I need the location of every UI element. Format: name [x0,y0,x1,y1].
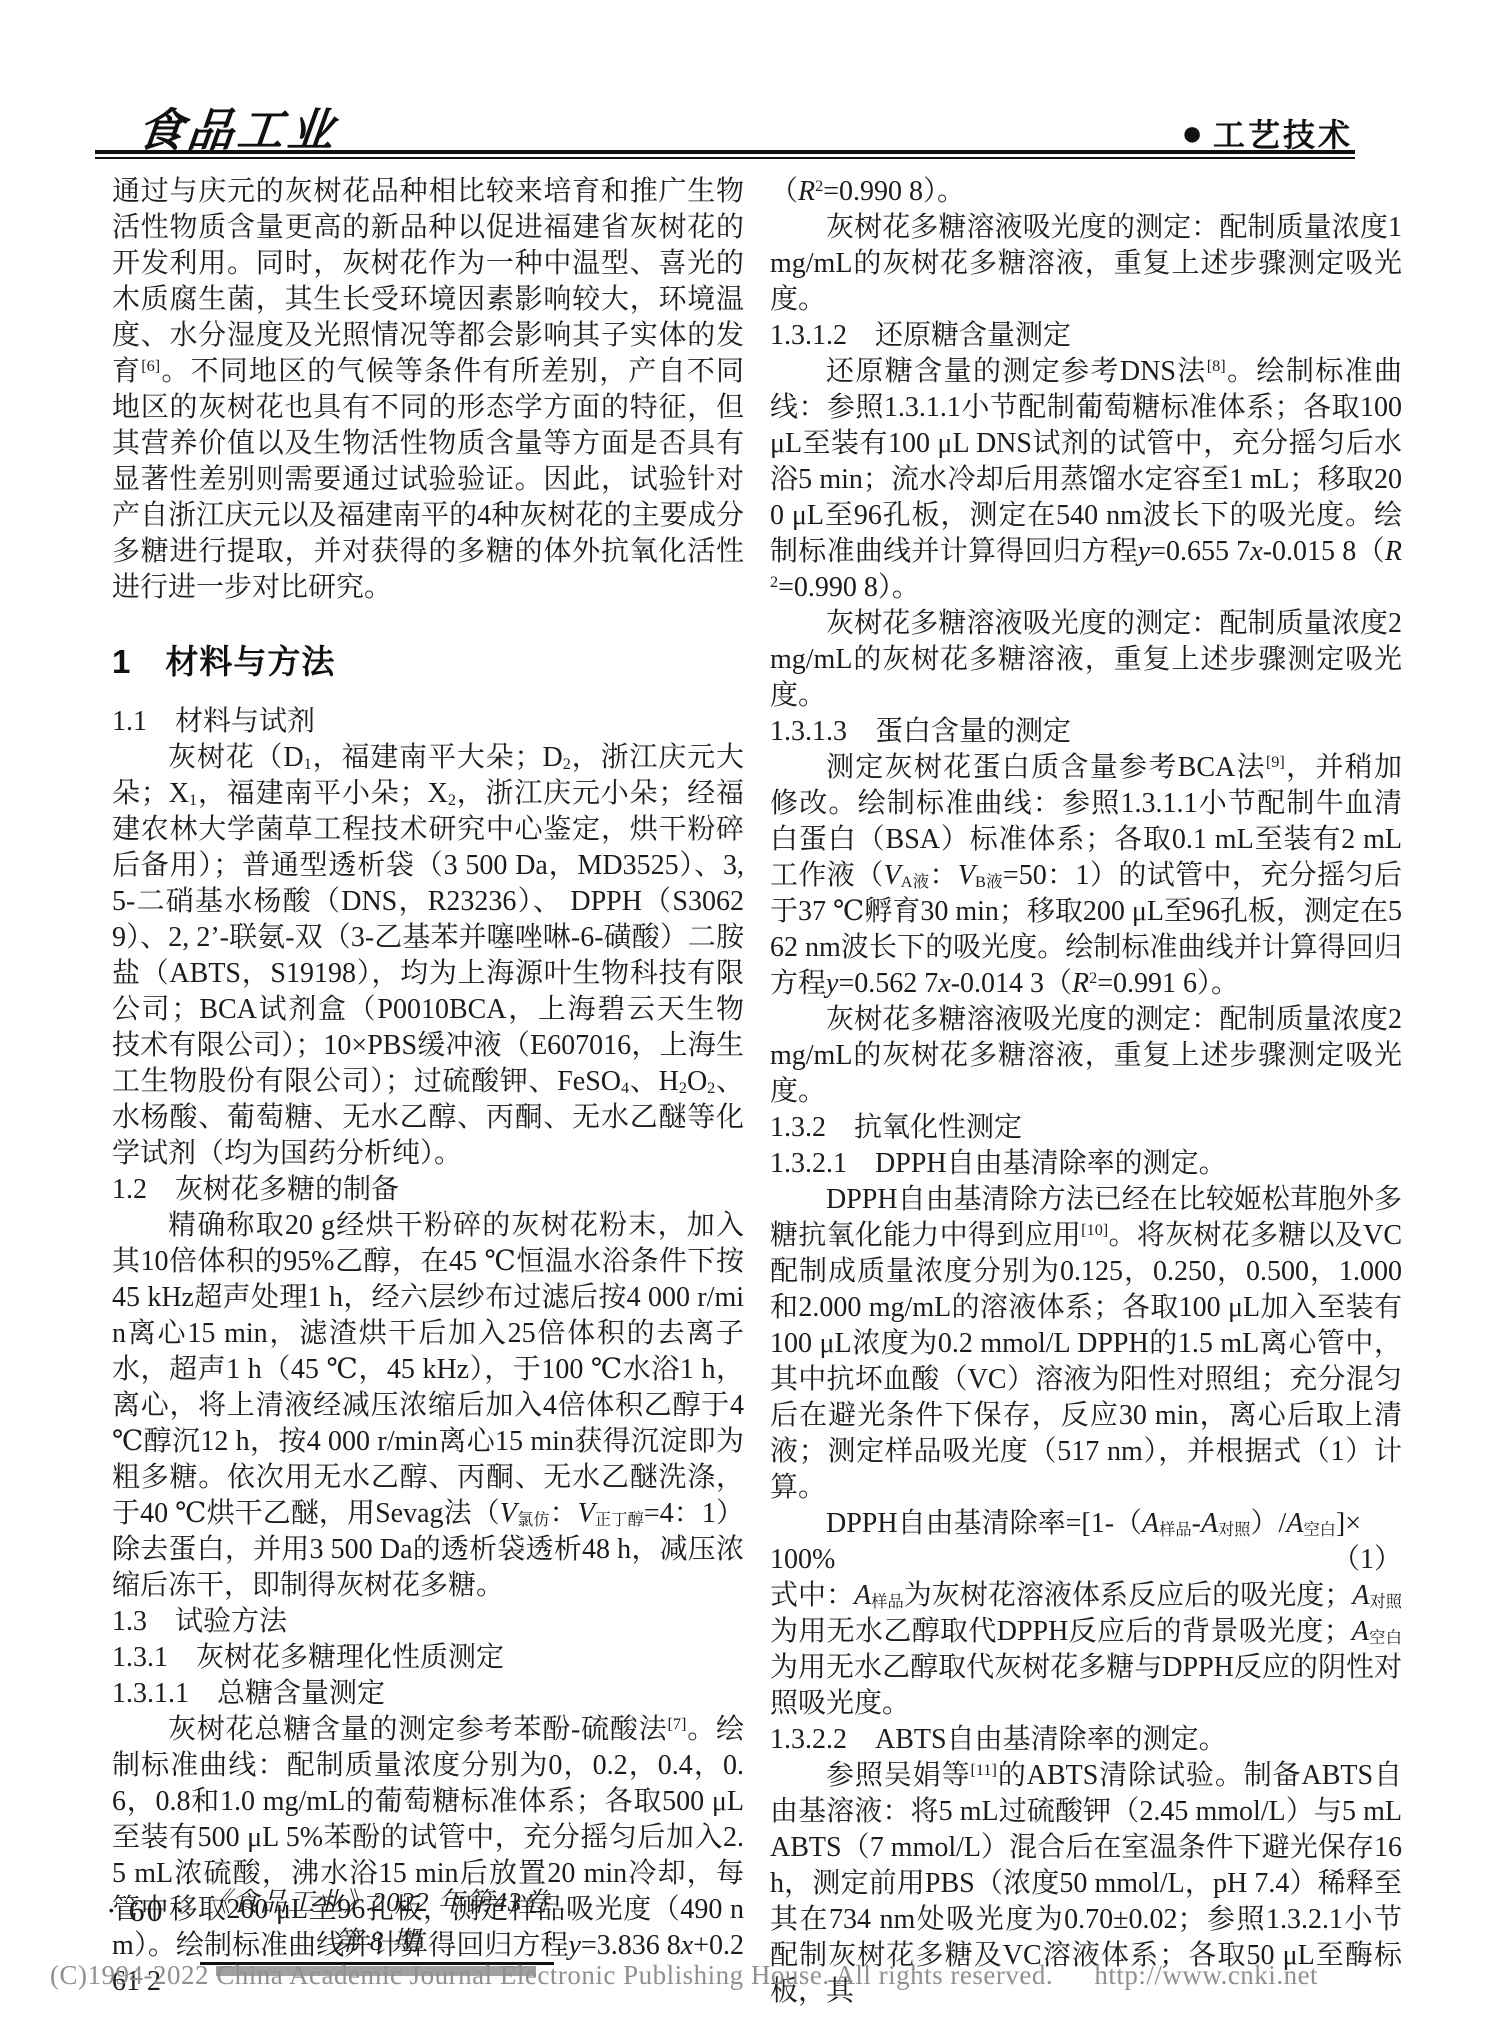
copyright-notice: (C)1994-2022 China Academic Journal Elec… [50,1960,1450,1991]
subsection-heading: 1.3.2.1 DPPH自由基清除率的测定。 [770,1146,1402,1182]
copyright-url: http://www.cnki.net [1094,1960,1318,1990]
journal-citation: 《食品工业》2022 年第43卷第 8 期 [200,1880,554,1962]
subsection-heading: 1.3.1.2 还原糖含量测定 [770,318,1402,354]
subsection-heading: 1.3.1.1 总糖含量测定 [112,1676,744,1712]
equation-line: DPPH自由基清除率=[1-（A样品-A对照）/A空白]× [770,1506,1402,1542]
bullet-icon: ● [1181,112,1203,154]
paragraph: 灰树花多糖溶液吸光度的测定：配制质量浓度2 mg/mL的灰树花多糖溶液，重复上述… [770,1002,1402,1110]
equation-tail: 100% [770,1542,835,1578]
subsection-heading: 1.1 材料与试剂 [112,704,744,740]
paragraph: 灰树花多糖溶液吸光度的测定：配制质量浓度1 mg/mL的灰树花多糖溶液，重复上述… [770,210,1402,318]
paragraph: 精确称取20 g经烘干粉碎的灰树花粉末，加入其10倍体积的95%乙醇，在45 ℃… [112,1208,744,1604]
paragraph: 还原糖含量的测定参考DNS法[8]。绘制标准曲线：参照1.3.1.1小节配制葡萄… [770,354,1402,606]
journal-page: 食品工业 ● 工艺技术 通过与庆元的灰树花品种相比较来培育和推广生物活性物质含量… [0,0,1500,2036]
page-number: · 60 · [106,1892,187,1929]
subsection-heading: 1.3.1.3 蛋白含量的测定 [770,714,1402,750]
subsection-heading: 1.2 灰树花多糖的制备 [112,1172,744,1208]
subsection-heading: 1.3.1 灰树花多糖理化性质测定 [112,1640,744,1676]
header-rule [95,150,1355,159]
column-left: 通过与庆元的灰树花品种相比较来培育和推广生物活性物质含量更高的新品种以促进福建省… [112,174,744,2000]
subsection-heading: 1.3.2 抗氧化性测定 [770,1110,1402,1146]
paragraph: 测定灰树花蛋白质含量参考BCA法[9]，并稍加修改。绘制标准曲线：参照1.3.1… [770,750,1402,1002]
subsection-heading: 1.3 试验方法 [112,1604,744,1640]
section-heading: 1 材料与方法 [112,642,744,682]
paragraph: 通过与庆元的灰树花品种相比较来培育和推广生物活性物质含量更高的新品种以促进福建省… [112,174,744,606]
paragraph: DPPH自由基清除方法已经在比较姬松茸胞外多糖抗氧化能力中得到应用[10]。将灰… [770,1182,1402,1506]
column-right: （R2=0.990 8）。灰树花多糖溶液吸光度的测定：配制质量浓度1 mg/mL… [770,174,1402,2010]
paragraph: 灰树花（D1，福建南平大朵；D2，浙江庆元大朵；X1，福建南平小朵；X2，浙江庆… [112,740,744,1172]
equation-line: 100%（1） [770,1542,1402,1578]
paragraph: 灰树花多糖溶液吸光度的测定：配制质量浓度2 mg/mL的灰树花多糖溶液，重复上述… [770,606,1402,714]
paragraph: 式中：A样品为灰树花溶液体系反应后的吸光度；A对照为用无水乙醇取代DPPH反应后… [770,1578,1402,1722]
paragraph: （R2=0.990 8）。 [770,174,1402,210]
equation-block: DPPH自由基清除率=[1-（A样品-A对照）/A空白]×100%（1） [770,1506,1402,1578]
copyright-text: (C)1994-2022 China Academic Journal Elec… [50,1960,1053,1990]
equation-number: （1） [1332,1542,1402,1578]
subsection-heading: 1.3.2.2 ABTS自由基清除率的测定。 [770,1722,1402,1758]
